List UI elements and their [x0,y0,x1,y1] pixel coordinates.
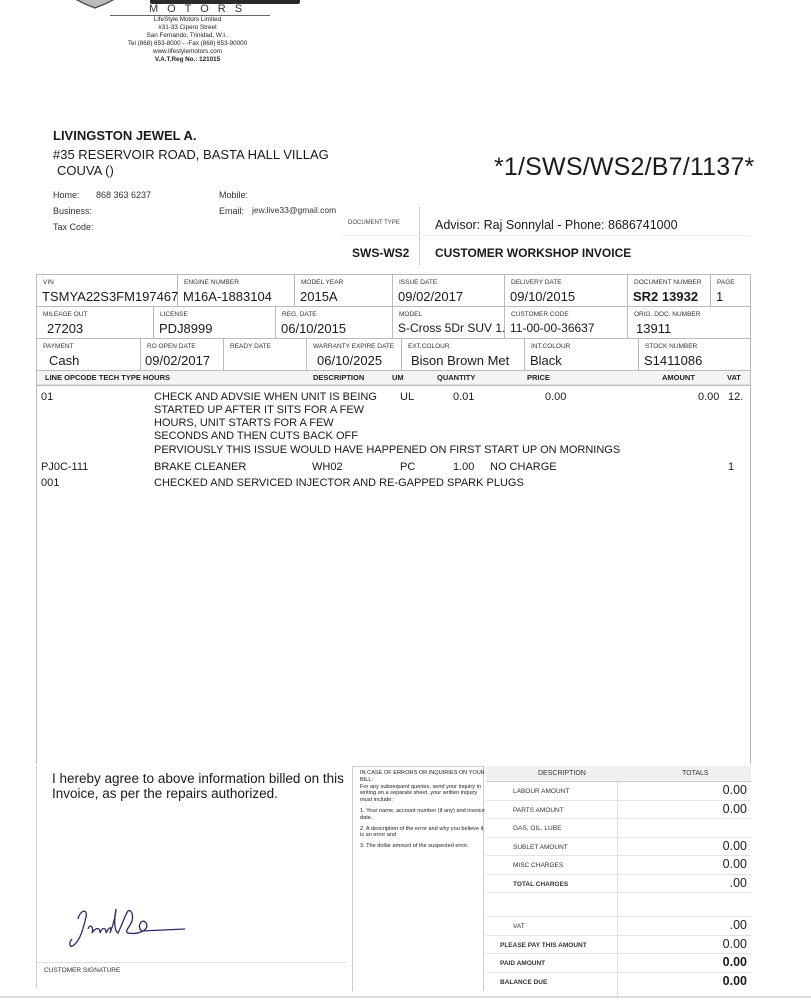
totals-totals-header: TOTALS [682,770,709,777]
paid-amount-value: 0.00 [723,955,747,969]
ready-date-cell: READY DATE [224,339,307,370]
payment-cell: PAYMENTCash [37,339,141,370]
misc-value: 0.00 [723,857,747,871]
line-3-code: PJ0C-111 [41,461,88,473]
line-3-vat: 1 [728,461,734,473]
model-year-value: 2015A [300,289,338,304]
issue-date-cell: ISSUE DATE09/02/2017 [393,275,505,306]
labour-value: 0.00 [723,783,747,797]
misc-label: MISC CHARGES [513,862,563,869]
engine-value: M16A-1883104 [183,289,272,304]
ro-open-cell: RO OPEN DATE09/02/2017 [141,339,224,370]
totals-row-paid: PAID AMOUNT0.00 [486,954,751,973]
line-1-um: UL [400,391,414,403]
divider [36,766,37,988]
orig-doc-label: ORIG. DOC. NUMBER [634,311,700,318]
inquiry-item-2: 2. A description of the error and why yo… [360,826,485,840]
document-number-label: DOCUMENT NUMBER [634,279,701,286]
line-2-desc: PERVIOUSLY THIS ISSUE WOULD HAVE HAPPENE… [154,444,620,456]
inquiry-item-1: 1. Your name, account number (if any) an… [360,808,485,822]
line-1-price: 0.00 [545,391,566,403]
divider [419,207,420,265]
vehicle-row-2: MILEAGE OUT27203 LICENSEPDJ8999 REG. DAT… [37,307,750,339]
home-label: Home: [53,190,80,200]
totals-row-misc: MISC CHARGES0.00 [486,856,751,875]
totals-header: DESCRIPTION TOTALS [486,766,751,782]
company-phone: Tel (868) 653-8000 - -Fax (868) 653-9000… [100,40,275,48]
license-label: LICENSE [160,311,188,318]
ext-colour-label: EXT.COLOUR [408,343,450,350]
totals-row-parts: PARTS AMOUNT0.00 [486,801,751,820]
totals-row-sublet: SUBLET AMOUNT0.00 [486,838,751,857]
page-value: 1 [716,289,723,304]
line-1-quantity: 0.01 [453,391,474,403]
customer-code-value: 11-00-00-36637 [510,321,595,335]
taxcode-label: Tax Code: [53,222,94,232]
totals-desc-header: DESCRIPTION [538,770,586,777]
logo-motors-text: MOTORS [130,3,270,15]
company-vat: V.A.T.Reg No.: 121015 [100,56,275,64]
engine-label: ENGINE NUMBER [184,279,239,286]
customer-address-line2: COUVA () [57,163,114,178]
issue-date-value: 09/02/2017 [398,289,463,304]
customer-code-label: CUSTOMER CODE [511,311,569,318]
vehicle-row-3: PAYMENTCash RO OPEN DATE09/02/2017 READY… [37,339,750,371]
inquiry-text: IN CASE OF ERRORS OR INQUIRIES ON YOUR B… [360,770,485,854]
ext-colour-cell: EXT.COLOURBison Brown Met [402,339,525,370]
totals-table: DESCRIPTION TOTALS LABOUR AMOUNT0.00 PAR… [486,766,751,991]
parts-label: PARTS AMOUNT [513,807,564,814]
line-1-desc-2: STARTED UP AFTER IT SITS FOR A FEW [154,404,364,416]
reg-date-value: 06/10/2015 [281,321,346,336]
stock-number-cell: STOCK NUMBERS1411086 [639,339,752,370]
line-1-desc-4: SECONDS AND THEN CUTS BACK OFF [154,430,358,442]
inquiry-intro: For any subsequent queries, send your in… [360,784,485,804]
divider [340,235,750,236]
line-1-code: 01 [41,391,53,403]
customer-signature-icon [50,905,190,950]
document-title: CUSTOMER WORKSHOP INVOICE [435,246,631,260]
mobile-label: Mobile: [219,190,248,200]
line-4-code: 001 [41,477,59,489]
vin-cell: VINTSMYA22S3FM197467 [37,275,178,306]
vin-value: TSMYA22S3FM197467 [42,289,178,304]
page-cell: PAGE1 [711,275,752,306]
balance-due-value: 0.00 [723,974,747,988]
line-3-um: PC [400,461,415,473]
line-3-price: NO CHARGE [490,461,557,473]
reg-date-cell: REG. DATE06/10/2015 [276,307,393,338]
customer-email: jew.live33@gmail.com [252,205,336,215]
email-label: Email: [219,206,244,216]
total-charges-label: TOTAL CHARGES [513,881,568,888]
payment-value: Cash [49,353,79,368]
warranty-cell: WARRANTY EXPIRE DATE06/10/2025 [307,339,402,370]
inquiry-item-3: 3. The dollar amount of the suspected er… [360,843,485,850]
payment-label: PAYMENT [43,343,73,350]
totals-row-blank [486,893,751,917]
line-1-desc-1: CHECK AND ADVSIE WHEN UNIT IS BEING [154,391,377,403]
mileage-cell: MILEAGE OUT27203 [37,307,154,338]
business-label: Business: [53,206,92,216]
vehicle-row-1: VINTSMYA22S3FM197467 ENGINE NUMBERM16A-1… [37,275,750,307]
line-1-vat: 12. [728,391,743,403]
inquiry-title: IN CASE OF ERRORS OR INQUIRIES ON YOUR B… [360,770,485,784]
ready-date-label: READY DATE [230,343,271,350]
engine-cell: ENGINE NUMBERM16A-1883104 [178,275,295,306]
license-value: PDJ8999 [159,321,212,336]
model-year-label: MODEL YEAR [301,279,343,286]
delivery-date-value: 09/10/2015 [510,289,575,304]
col-um: UM [392,373,404,382]
labour-label: LABOUR AMOUNT [513,788,569,795]
page-label: PAGE [717,279,735,286]
document-number-value: SR2 13932 [633,289,698,304]
lines-header: LINE OPCODE TECH TYPE HOURS DESCRIPTION … [37,371,750,385]
gas-label: GAS, OIL, LUBE [513,825,561,832]
home-phone: 868 363 6237 [96,190,151,200]
model-year-cell: MODEL YEAR2015A [295,275,393,306]
mileage-label: MILEAGE OUT [43,311,87,318]
please-pay-label: PLEASE PAY THIS AMOUNT [500,942,587,949]
sublet-value: 0.00 [723,839,747,853]
totals-row-balance: BALANCE DUE0.00 [486,973,751,992]
col-description: DESCRIPTION [313,373,364,382]
col-amount: AMOUNT [662,373,695,382]
vat-value: .00 [730,918,747,932]
parts-value: 0.00 [723,802,747,816]
line-3-quantity: 1.00 [453,461,474,473]
line-3-extra: WH02 [312,461,343,473]
customer-code-cell: CUSTOMER CODE11-00-00-36637 [505,307,628,338]
line-1-desc-3: HOURS, UNIT STARTS FOR A FEW [154,417,334,429]
sublet-label: SUBLET AMOUNT [513,844,568,851]
document-type-label: DOCUMENT TYPE [348,220,400,226]
col-quantity: QUANTITY [437,373,475,382]
col-line: LINE OPCODE TECH TYPE HOURS [45,373,170,382]
advisor-info: Advisor: Raj Sonnylal - Phone: 868674100… [435,218,678,232]
document-type: SWS-WS2 [352,246,409,260]
ext-colour-value: Bison Brown Met [411,353,509,368]
reg-date-label: REG. DATE [282,311,317,318]
please-pay-value: 0.00 [723,937,747,951]
col-price: PRICE [527,373,550,382]
logo-chevron-icon [50,0,140,14]
issue-date-label: ISSUE DATE [399,279,437,286]
model-label: MODEL [399,311,422,318]
total-charges-value: .00 [730,876,747,890]
company-website: www.lifestylemotors.com [100,48,275,56]
customer-name: LIVINGSTON JEWEL A. [53,128,197,143]
totals-row-please-pay: PLEASE PAY THIS AMOUNT0.00 [486,936,751,955]
company-city: San Fernando, Trinidad, W.I.. [100,32,275,40]
int-colour-value: Black [530,353,562,368]
totals-row-total: TOTAL CHARGES.00 [486,875,751,894]
company-street: #31-33 Cipero Street [100,24,275,32]
barcode-text: *1/SWS/WS2/B7/1137* [494,153,754,182]
document-number-cell: DOCUMENT NUMBERSR2 13932 [628,275,711,306]
customer-address-line1: #35 RESERVOIR ROAD, BASTA HALL VILLAG [53,147,329,162]
vin-label: VIN [43,279,54,286]
int-colour-label: INT.COLOUR [531,343,570,350]
line-4-desc: CHECKED AND SERVICED INJECTOR AND RE-GAP… [154,477,524,489]
warranty-value: 06/10/2025 [317,353,382,368]
warranty-label: WARRANTY EXPIRE DATE [313,343,394,350]
vehicle-info-grid: VINTSMYA22S3FM197467 ENGINE NUMBERM16A-1… [36,274,751,386]
mileage-value: 27203 [47,321,83,336]
model-value: S-Cross 5Dr SUV 1. [398,321,505,335]
model-cell: MODELS-Cross 5Dr SUV 1. [393,307,505,338]
vat-label: VAT [513,923,525,930]
delivery-date-label: DELIVERY DATE [511,279,562,286]
totals-row-vat: VAT.00 [486,917,751,936]
line-3-desc: BRAKE CLEANER [154,461,246,473]
footer-divider [0,996,811,998]
delivery-date-cell: DELIVERY DATE09/10/2015 [505,275,628,306]
company-info: LifeStyle Motors Limited #31-33 Cipero S… [100,16,275,64]
license-cell: LICENSEPDJ8999 [154,307,276,338]
orig-doc-value: 13911 [636,321,671,336]
signature-line [36,962,346,963]
orig-doc-cell: ORIG. DOC. NUMBER13911 [628,307,752,338]
line-1-amount: 0.00 [698,391,719,403]
ro-open-value: 09/02/2017 [145,353,210,368]
signature-label: CUSTOMER SIGNATURE [44,967,120,974]
stock-number-label: STOCK NUMBER [645,343,697,350]
agreement-text: I hereby agree to above information bill… [52,771,352,801]
col-vat: VAT [727,373,741,382]
paid-amount-label: PAID AMOUNT [500,960,545,967]
stock-number-value: S1411086 [644,353,702,368]
totals-row-gas: GAS, OIL, LUBE [486,819,751,838]
company-name: LifeStyle Motors Limited [100,16,275,24]
balance-due-label: BALANCE DUE [500,979,547,986]
line-items: 01 CHECK AND ADVSIE WHEN UNIT IS BEING S… [36,386,751,764]
int-colour-cell: INT.COLOURBlack [525,339,639,370]
totals-row-labour: LABOUR AMOUNT0.00 [486,782,751,801]
ro-open-label: RO OPEN DATE [147,343,196,350]
